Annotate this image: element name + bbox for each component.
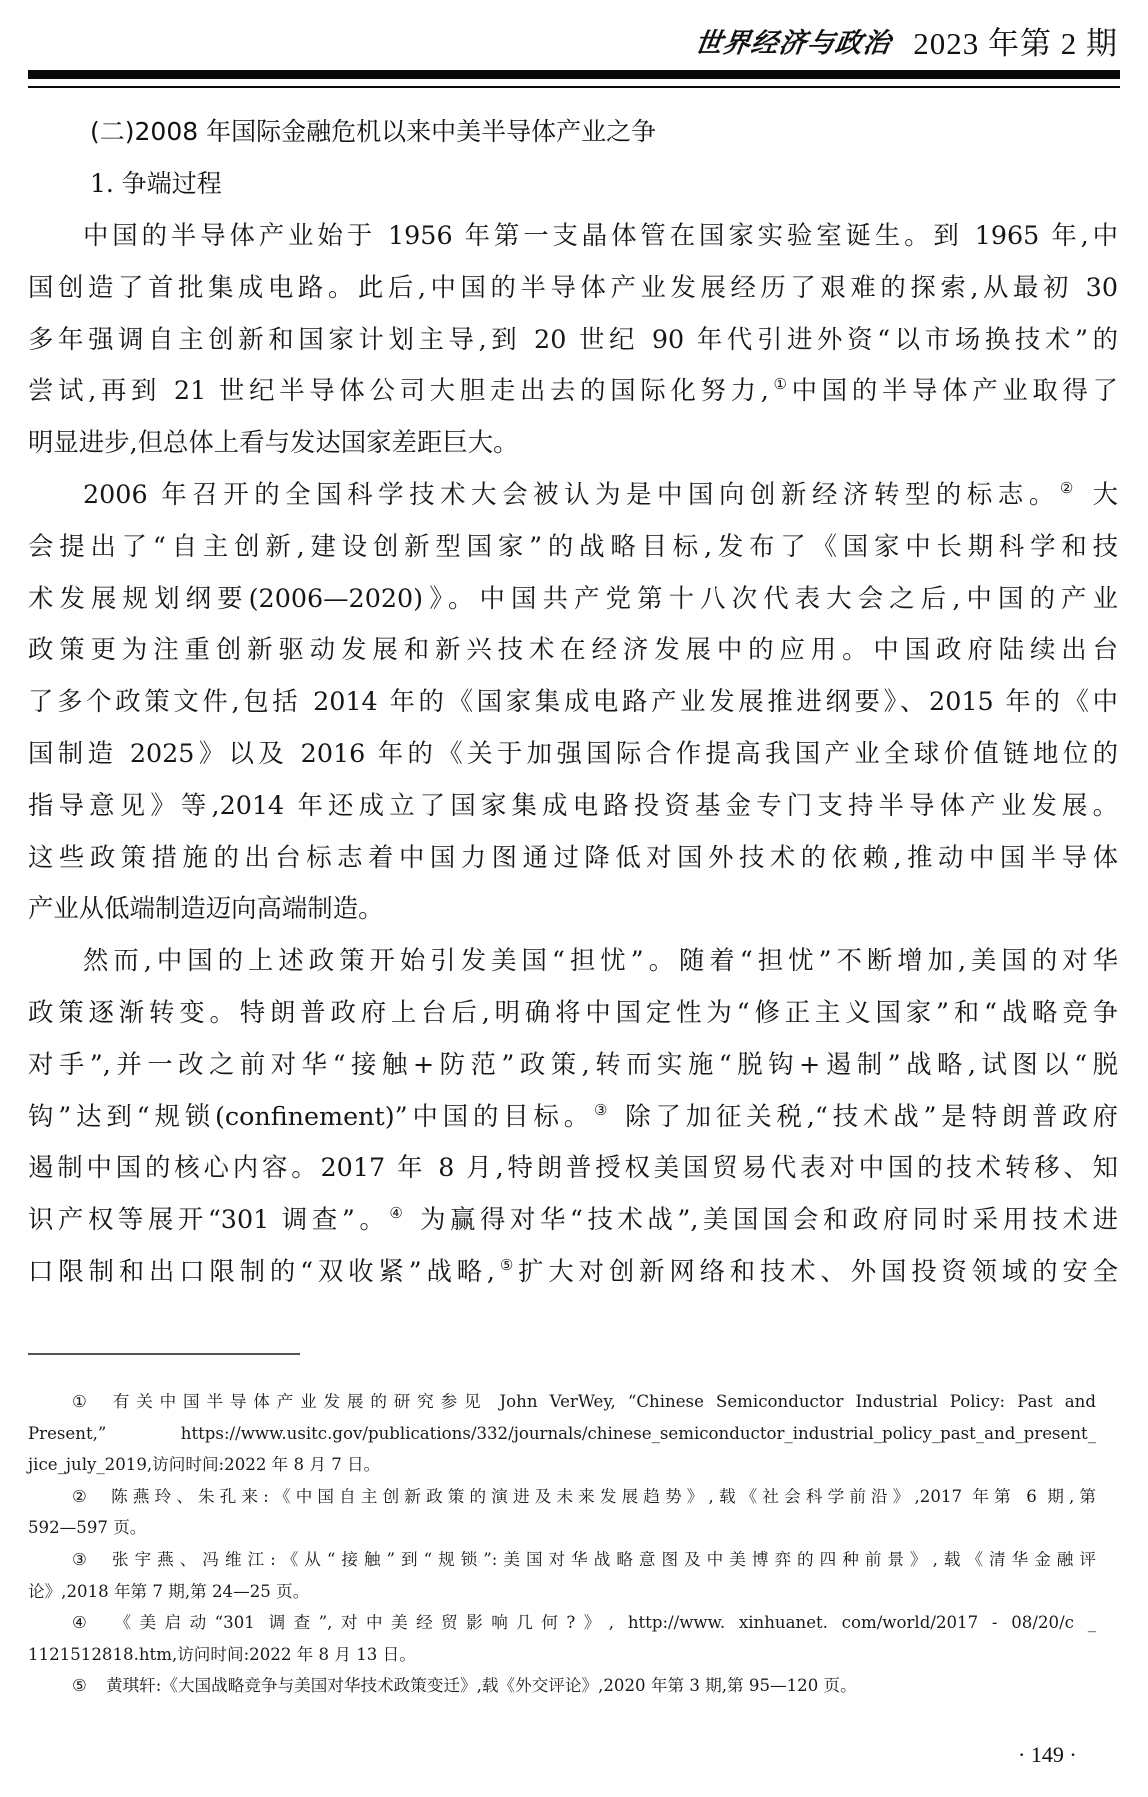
text-line: 口限制和出口限制的“双收紧”战略,⑤扩大对创新网络和技术、外国投资领域的安全 (28, 1246, 1118, 1298)
footnote-5: ⑤黄琪轩:《大国战略竞争与美国对华技术政策变迁》,载《外交评论》,2020 年第… (28, 1670, 1096, 1702)
footnote-line: jice_july_2019,访问时间:2022 年 8 月 7 日。 (28, 1449, 1096, 1481)
footnote-line[interactable]: 1121512818.htm,访问时间:2022 年 8 月 13 日。 (28, 1639, 1096, 1671)
text-line: 遏制中国的核心内容。2017 年 8 月,特朗普授权美国贸易代表对中国的技术转移… (28, 1142, 1118, 1194)
text-line: 多年强调自主创新和国家计划主导,到 20 世纪 90 年代引进外资“以市场换技术… (28, 314, 1118, 366)
text-line: 尝试,再到 21 世纪半导体公司大胆走出去的国际化努力,①中国的半导体产业取得了 (28, 365, 1118, 417)
footnote-text: 黄琪轩:《大国战略竞争与美国对华技术政策变迁》,载《外交评论》,2020 年第 … (106, 1676, 857, 1695)
header-rule-thick (28, 70, 1120, 79)
footnote-line: ③张宇燕、冯维江:《从“接触”到“规锁”:美国对华战略意图及中美博弈的四种前景》… (28, 1544, 1096, 1576)
text-segment: 口限制和出口限制的“双收紧”战略, (28, 1256, 495, 1286)
text-segment: 尝试,再到 21 世纪半导体公司大胆走出去的国际化努力, (28, 375, 769, 405)
footnote-line: ⑤黄琪轩:《大国战略竞争与美国对华技术政策变迁》,载《外交评论》,2020 年第… (28, 1670, 1096, 1702)
text-segment: 大 (1093, 479, 1118, 509)
sub-heading: 1. 争端过程 (28, 158, 1118, 210)
footnote-number: ⑤ (72, 1670, 106, 1702)
text-segment: 扩大对创新网络和技术、外国投资领域的安全 (518, 1256, 1118, 1286)
footnote-line: ①有关中国半导体产业发展的研究参见 John VerWey, “Chinese … (28, 1386, 1096, 1418)
header-rule-thin (28, 86, 1120, 88)
footnote-ref-2[interactable]: ② (1060, 479, 1079, 497)
running-header: 世界经济与政治 2023 年第 2 期 (695, 22, 1118, 62)
footnote-line: 592—597 页。 (28, 1512, 1096, 1544)
footnote-number: ④ (72, 1607, 106, 1639)
text-line: 对手”,并一改之前对华“接触+防范”政策,转而实施“脱钩+遏制”战略,试图以“脱 (28, 1039, 1118, 1091)
footnote-ref-3[interactable]: ③ (594, 1101, 612, 1119)
text-line: 识产权等展开“301 调查”。④ 为赢得对华“技术战”,美国国会和政府同时采用技… (28, 1194, 1118, 1246)
footnote-number: ② (72, 1481, 106, 1513)
text-segment: 除了加征关税,“技术战”是特朗普政府 (625, 1101, 1118, 1131)
footnote-number: ③ (72, 1544, 106, 1576)
footnote-text[interactable]: 《美启动“301 调查”,对中美经贸影响几何?》, http://www. xi… (106, 1613, 1096, 1632)
footnote-line[interactable]: Present,” https://www.usitc.gov/publicat… (28, 1418, 1096, 1450)
text-line: 然而,中国的上述政策开始引发美国“担忧”。随着“担忧”不断增加,美国的对华 (28, 935, 1118, 987)
journal-title: 世界经济与政治 (693, 26, 894, 62)
article-body: (二)2008 年国际金融危机以来中美半导体产业之争 1. 争端过程 中国的半导… (28, 106, 1118, 1298)
text-segment: 识产权等展开“301 调查”。 (28, 1204, 389, 1234)
section-heading: (二)2008 年国际金融危机以来中美半导体产业之争 (28, 106, 1118, 158)
text-line: 产业从低端制造迈向高端制造。 (28, 883, 1118, 935)
text-line: 2006 年召开的全国科学技术大会被认为是中国向创新经济转型的标志。② 大 (28, 469, 1118, 521)
text-line: 政策更为注重创新驱动发展和新兴技术在经济发展中的应用。中国政府陆续出台 (28, 624, 1118, 676)
text-line: 会提出了“自主创新,建设创新型国家”的战略目标,发布了《国家中长期科学和技 (28, 521, 1118, 573)
footnote-line: ②陈燕玲、朱孔来:《中国自主创新政策的演进及未来发展趋势》,载《社会科学前沿》,… (28, 1481, 1096, 1513)
text-line: 国创造了首批集成电路。此后,中国的半导体产业发展经历了艰难的探索,从最初 30 (28, 262, 1118, 314)
page-number: · 149 · (1018, 1742, 1077, 1768)
text-line: 这些政策措施的出台标志着中国力图通过降低对国外技术的依赖,推动中国半导体 (28, 832, 1118, 884)
text-line: 中国的半导体产业始于 1956 年第一支晶体管在国家实验室诞生。到 1965 年… (28, 210, 1118, 262)
paragraph: 然而,中国的上述政策开始引发美国“担忧”。随着“担忧”不断增加,美国的对华 政策… (28, 935, 1118, 1298)
text-segment: 中国的半导体产业取得了 (792, 375, 1118, 405)
text-segment: 2006 年召开的全国科学技术大会被认为是中国向创新经济转型的标志。 (83, 479, 1060, 509)
issue-label: 2023 年第 2 期 (913, 26, 1118, 62)
paragraph: 中国的半导体产业始于 1956 年第一支晶体管在国家实验室诞生。到 1965 年… (28, 210, 1118, 469)
text-line: 国制造 2025》以及 2016 年的《关于加强国际合作提高我国产业全球价值链地… (28, 728, 1118, 780)
text-line: 指导意见》等,2014 年还成立了国家集成电路投资基金专门支持半导体产业发展。 (28, 780, 1118, 832)
text-line: 术发展规划纲要(2006—2020)》。中国共产党第十八次代表大会之后,中国的产… (28, 573, 1118, 625)
footnote-text: 张宇燕、冯维江:《从“接触”到“规锁”:美国对华战略意图及中美博弈的四种前景》,… (106, 1550, 1096, 1569)
journal-page: 世界经济与政治 2023 年第 2 期 (二)2008 年国际金融危机以来中美半… (0, 0, 1148, 1797)
text-line: 政策逐渐转变。特朗普政府上台后,明确将中国定性为“修正主义国家”和“战略竞争 (28, 987, 1118, 1039)
footnote-number: ① (72, 1386, 106, 1418)
footnote-1: ①有关中国半导体产业发展的研究参见 John VerWey, “Chinese … (28, 1386, 1096, 1481)
footnote-4: ④《美启动“301 调查”,对中美经贸影响几何?》, http://www. x… (28, 1607, 1096, 1670)
footnote-ref-4[interactable]: ④ (389, 1204, 407, 1222)
footnote-text: 有关中国半导体产业发展的研究参见 John VerWey, “Chinese S… (106, 1392, 1096, 1411)
text-line: 钩”达到“规锁(confinement)”中国的目标。③ 除了加征关税,“技术战… (28, 1091, 1118, 1143)
footnote-2: ②陈燕玲、朱孔来:《中国自主创新政策的演进及未来发展趋势》,载《社会科学前沿》,… (28, 1481, 1096, 1544)
text-segment: 钩”达到“规锁(confinement)”中国的目标。 (28, 1101, 594, 1131)
footnote-line: 论》,2018 年第 7 期,第 24—25 页。 (28, 1576, 1096, 1608)
footnote-text: 陈燕玲、朱孔来:《中国自主创新政策的演进及未来发展趋势》,载《社会科学前沿》,2… (106, 1487, 1096, 1506)
text-line: 明显进步,但总体上看与发达国家差距巨大。 (28, 417, 1118, 469)
footnote-separator (28, 1353, 300, 1355)
text-segment: 为赢得对华“技术战”,美国国会和政府同时采用技术进 (420, 1204, 1118, 1234)
footnote-line[interactable]: ④《美启动“301 调查”,对中美经贸影响几何?》, http://www. x… (28, 1607, 1096, 1639)
footnote-ref-5[interactable]: ⑤ (495, 1256, 518, 1274)
text-line: 了多个政策文件,包括 2014 年的《国家集成电路产业发展推进纲要》、2015 … (28, 676, 1118, 728)
footnote-ref-1[interactable]: ① (769, 375, 792, 393)
footnote-3: ③张宇燕、冯维江:《从“接触”到“规锁”:美国对华战略意图及中美博弈的四种前景》… (28, 1544, 1096, 1607)
footnotes: ①有关中国半导体产业发展的研究参见 John VerWey, “Chinese … (28, 1386, 1096, 1702)
paragraph: 2006 年召开的全国科学技术大会被认为是中国向创新经济转型的标志。② 大 会提… (28, 469, 1118, 935)
